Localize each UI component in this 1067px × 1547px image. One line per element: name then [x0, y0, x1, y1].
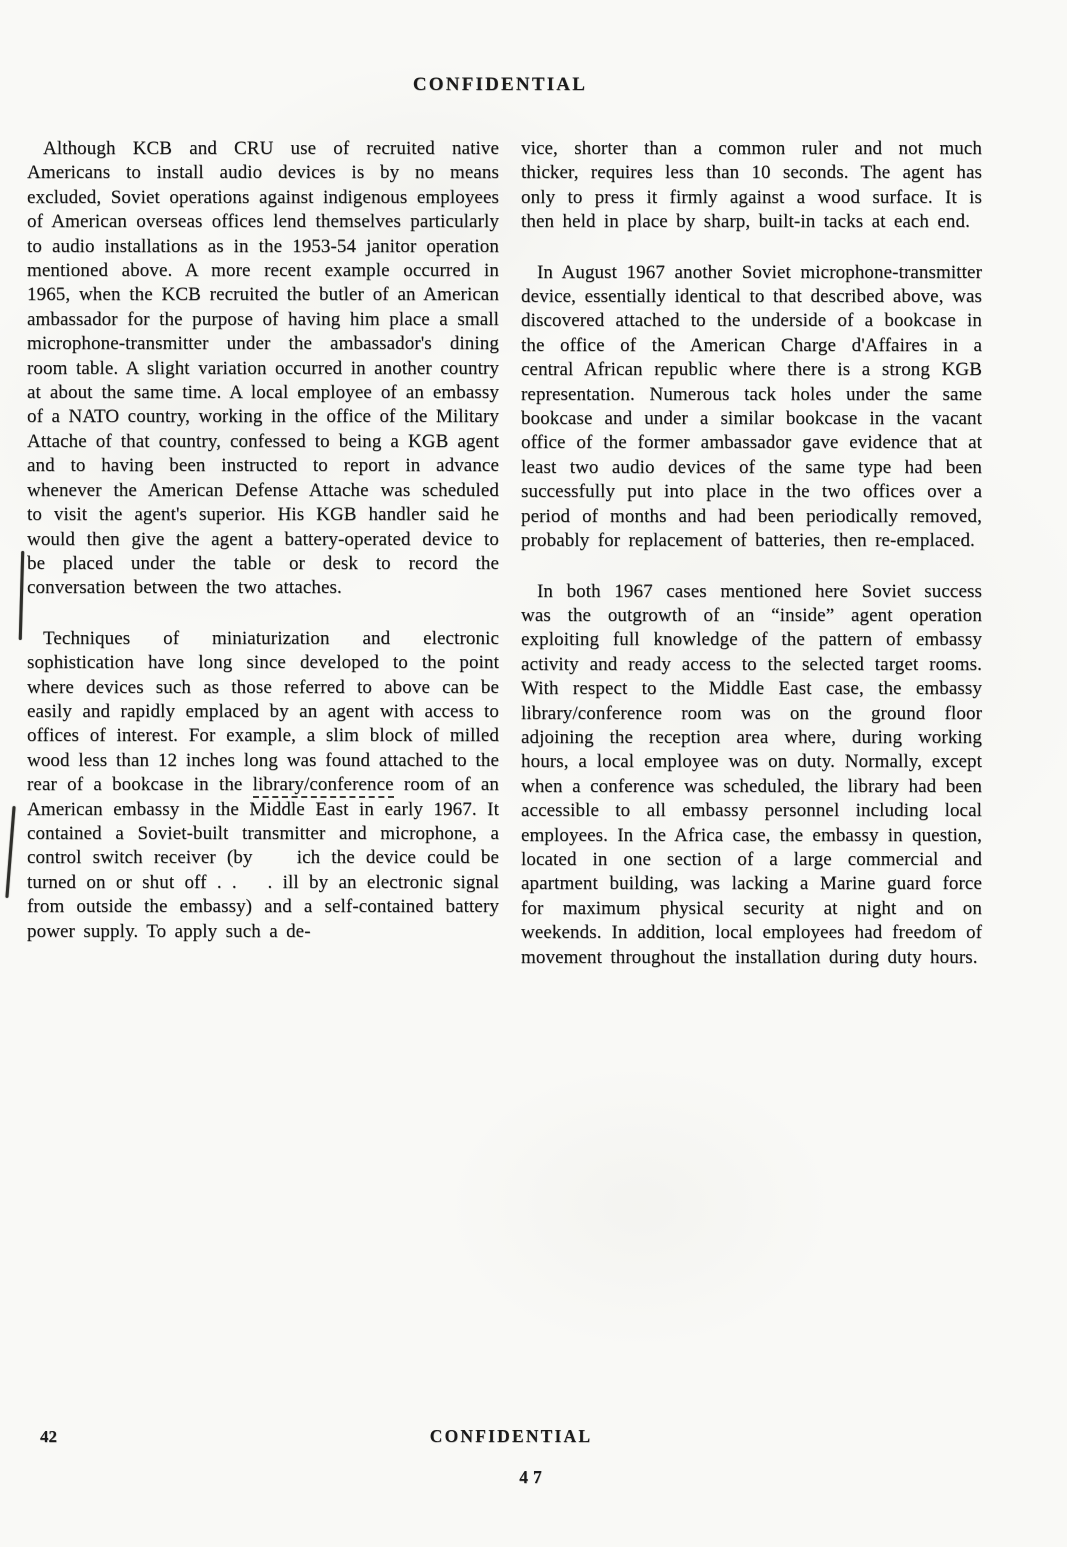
paragraph-text: room of an American embassy in the Middl… — [27, 774, 499, 941]
pen-margin-mark — [19, 551, 24, 640]
right-column: vice, shorter than a common ruler and no… — [521, 137, 982, 970]
hand-underlined-phrase: library/conference — [253, 774, 394, 798]
body-paragraph-4: In August 1967 another Soviet microphone… — [521, 261, 982, 554]
body-paragraph-3: vice, shorter than a common ruler and no… — [521, 137, 982, 235]
body-paragraph-2: Techniques of miniaturization and electr… — [27, 627, 499, 944]
footer-page-number-center: 47 — [0, 1467, 1066, 1488]
left-column: Although KCB and CRU use of recruited na… — [27, 137, 499, 944]
paragraph-text: Techniques of miniaturization and electr… — [27, 628, 499, 795]
footer-classification: CONFIDENTIAL — [0, 1426, 1022, 1447]
pen-margin-mark — [5, 806, 15, 898]
document-page: CONFIDENTIAL Although KCB and CRU use of… — [0, 0, 1067, 1547]
body-paragraph-5: In both 1967 cases mentioned here Soviet… — [521, 580, 982, 971]
body-paragraph-1: Although KCB and CRU use of recruited na… — [27, 137, 499, 601]
header-classification: CONFIDENTIAL — [0, 74, 1000, 96]
